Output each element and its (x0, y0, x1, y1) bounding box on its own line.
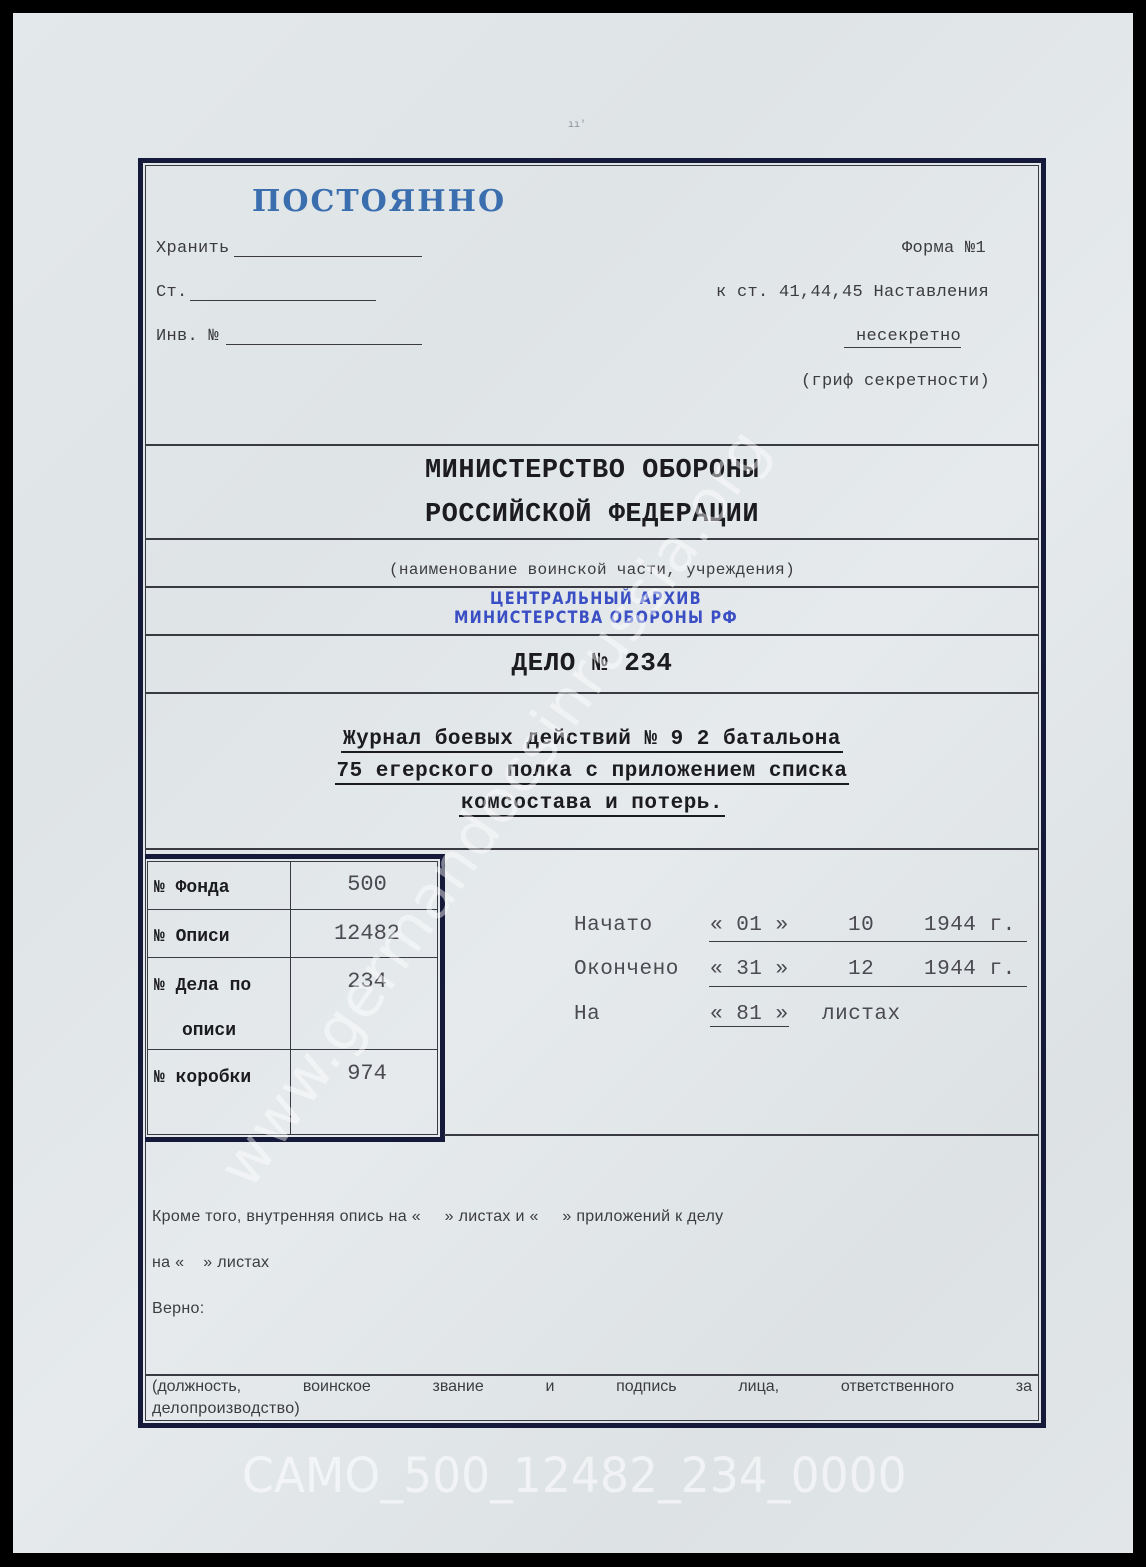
keep-label: Хранить (156, 239, 230, 258)
sheets-label: На (574, 1003, 600, 1026)
delo-label-cont: описи (182, 1021, 236, 1041)
classification-caption: (гриф секретности) (801, 372, 990, 391)
ended-label: Окончено (574, 958, 679, 981)
inv-label: Инв. № (156, 327, 219, 346)
divider (444, 1134, 1038, 1136)
inventory-line: Кроме того, внутренняя опись на « » лист… (152, 1208, 723, 1226)
st-label: Ст. (156, 283, 188, 302)
articles-label: к ст. 41,44,45 Наставления (716, 283, 989, 302)
st-field[interactable] (190, 300, 376, 301)
case-subject-line-2: 75 егерского полка с приложением списка (146, 760, 1038, 783)
started-label: Начато (574, 914, 653, 937)
archive-cover-form: ПОСТОЯННО Хранить Ст. Инв. № Форма №1 к … (138, 158, 1046, 1428)
fond-label: № Фонда (154, 878, 230, 898)
delo-label: № Дела по (154, 976, 251, 996)
org-line-2: РОССИЙСКОЙ ФЕДЕРАЦИИ (146, 500, 1038, 530)
case-subject-line-1: Журнал боевых действий № 9 2 батальона (146, 728, 1038, 751)
started-month: 10 (848, 914, 874, 937)
box-label: № коробки (154, 1068, 251, 1088)
ended-month: 12 (848, 958, 874, 981)
classification-value: несекретно (844, 327, 961, 348)
case-subject-line-3: комсостава и потерь. (146, 792, 1038, 815)
divider (146, 538, 1038, 540)
ended-day: « 31 » (710, 958, 789, 981)
signature-line (146, 1374, 1038, 1376)
started-year: 1944 г. (924, 914, 1016, 937)
certified-label: Верно: (152, 1300, 204, 1318)
sheets-suffix: листах (822, 1003, 901, 1026)
ended-year: 1944 г. (924, 958, 1016, 981)
sheets-value: « 81 » (710, 1003, 789, 1027)
paper-speck: ıı' (568, 120, 586, 131)
signature-caption-line-2: делопроизводство) (152, 1400, 300, 1418)
started-day: « 01 » (710, 914, 789, 937)
unit-caption: (наименование воинской части, учреждения… (146, 561, 1038, 579)
opis-label: № Описи (154, 927, 230, 947)
form-label: Форма №1 (902, 239, 986, 258)
inv-field[interactable] (226, 344, 422, 345)
org-line-1: МИНИСТЕРСТВО ОБОРОНЫ (146, 456, 1038, 486)
permanent-storage-stamp: ПОСТОЯННО (252, 184, 506, 219)
signature-caption: (должность, воинское звание и подпись ли… (152, 1378, 1032, 1396)
file-id-watermark: CAMO_500_12482_234_0000 (242, 1448, 907, 1504)
sheets-line: на « » листах (152, 1254, 269, 1272)
divider (146, 848, 1038, 850)
divider (146, 586, 1038, 588)
divider (146, 444, 1038, 446)
keep-field[interactable] (234, 256, 422, 257)
